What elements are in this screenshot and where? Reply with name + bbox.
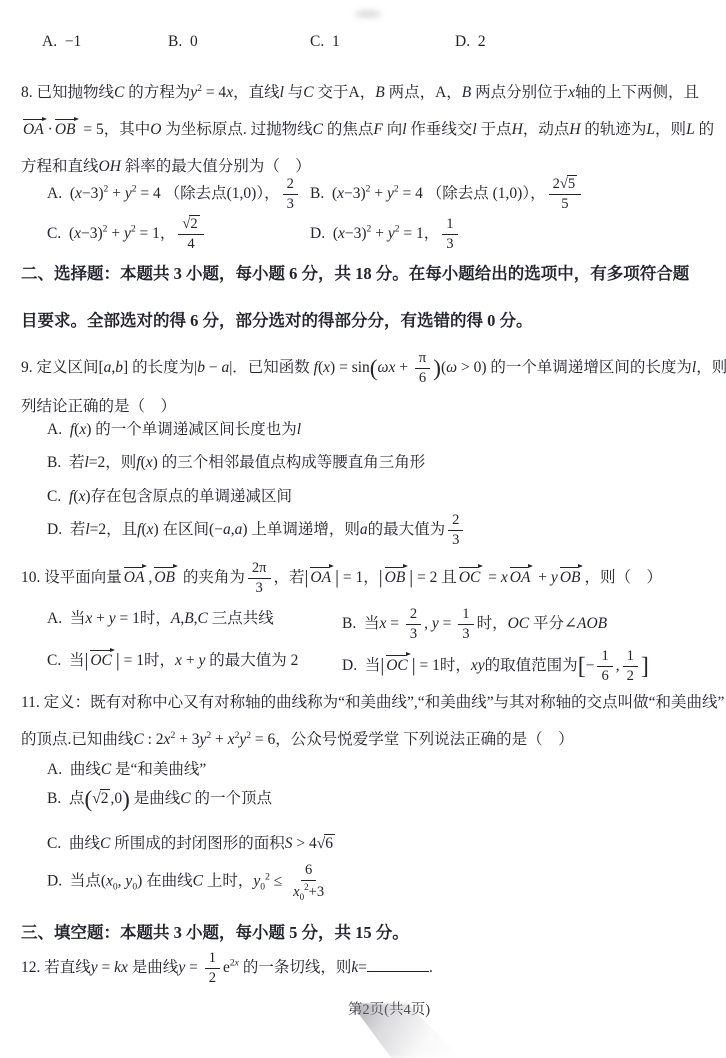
question-8-option-a: A. (x−3)2 + y2 = 4 （除去点(1,0)），23	[47, 176, 310, 212]
question-9: 9. 定义区间[a,b] 的长度为|b − a|．已知函数 f(x) = sin…	[21, 348, 712, 420]
question7-option-d: D. 2	[455, 33, 486, 51]
section-2-header-line2: 目要求。全部选对的得 6 分，部分选对的得部分分，有选错的得 0 分。	[21, 307, 712, 337]
question-11-option-a: A. 曲线C 是“和美曲线”	[47, 757, 712, 779]
question-10-option-d: D. 当|OC| = 1时，xy的取值范围为[−16,12]	[342, 648, 649, 684]
question-8-options-row2: C. (x−3)2 + y2 = 1，24 D. (x−3)2 + y2 = 1…	[47, 216, 712, 252]
question-9-line1: 9. 定义区间[a,b] 的长度为|b − a|．已知函数 f(x) = sin…	[21, 348, 712, 394]
section-2-header-line1: 二、选择题：本题共 3 小题，每小题 6 分，共 18 分。在每小题给出的选项中…	[21, 260, 712, 307]
question-11: 11. 定义：既有对称中心又有对称轴的曲线称为“和美曲线”,“和美曲线”与其对称…	[21, 690, 712, 751]
question-10-options-row2: C. 当|OC| = 1时，x + y 的最大值为 2 D. 当|OC| = 1…	[47, 648, 712, 684]
exam-page: { "prev_options": [ "A.&nbsp; −1", "B.&n…	[0, 0, 726, 1058]
question-8-options-row1: A. (x−3)2 + y2 = 4 （除去点(1,0)），23 B. (x−3…	[47, 176, 712, 212]
question7-option-c: C. 1	[310, 33, 455, 51]
question-11-option-c: C. 曲线C 所围成的封闭图形的面积S > 46	[47, 831, 712, 853]
question7-option-b: B. 0	[168, 33, 310, 51]
section-3-header: 三、填空题：本题共 3 小题，每小题 5 分，共 15 分。	[21, 919, 712, 943]
question-8-option-c: C. (x−3)2 + y2 = 1，24	[47, 216, 310, 252]
question7-option-a: A. −1	[42, 33, 168, 51]
question-10-option-a: A. 当x + y = 1时，A,B,C 三点共线	[47, 606, 342, 628]
section-2-header: 二、选择题：本题共 3 小题，每小题 6 分，共 18 分。在每小题给出的选项中…	[21, 260, 712, 337]
question-9-option-d: D. 若l=2，且f(x) 在区间(−a,a) 上单调递增，则a的最大值为23	[47, 512, 712, 548]
question-8: 8. 已知抛物线C 的方程为y2 = 4x，直线l 与C 交于A，B 两点，A，…	[21, 68, 712, 184]
question-8-line1: 8. 已知抛物线C 的方程为y2 = 4x，直线l 与C 交于A，B 两点，A，…	[21, 68, 712, 109]
question7-options-row: A. −1 B. 0 C. 1 D. 2	[42, 33, 712, 51]
question-8-option-d: D. (x−3)2 + y2 = 1，13	[310, 216, 461, 252]
question-11-option-b: B. 点(2,0) 是曲线C 的一个顶点	[47, 786, 712, 813]
question-12: 12. 若直线y = kx 是曲线y = 12e2x 的一条切线，则k=.	[21, 950, 712, 986]
question-8-option-b: B. (x−3)2 + y2 = 4 （除去点 (1,0)），255	[310, 176, 584, 212]
question-10-option-c: C. 当|OC| = 1时，x + y 的最大值为 2	[47, 648, 342, 673]
question-8-line2: OA·OB = 5，其中O 为坐标原点. 过抛物线C 的焦点F 向l 作垂线交l…	[21, 109, 712, 150]
question-10-option-b: B. 当x = 23, y = 13时，OC 平分∠AOB	[342, 606, 607, 642]
question-11-line2: 的顶点.已知曲线C : 2x2 + 3y2 + x2y2 = 6，公众号悦爱学堂…	[21, 723, 712, 751]
question-9-option-c: C. f(x)存在包含原点的单调递减区间	[47, 484, 712, 506]
question-10-stem: 10. 设平面向量OA,OB 的夹角为2π3，若|OA| = 1，|OB| = …	[21, 560, 712, 596]
question-9-option-b: B. 若l=2，则f(x) 的三个相邻最值点构成等腰直角三角形	[47, 450, 712, 472]
question-10-options-row1: A. 当x + y = 1时，A,B,C 三点共线 B. 当x = 23, y …	[47, 606, 712, 642]
scan-smudge-artifact	[355, 10, 381, 18]
question-11-option-d: D. 当点(x0, y0) 在曲线C 上时，y02 ≤ 6x02+3	[47, 862, 712, 902]
question-9-option-a: A. f(x) 的一个单调递减区间长度也为l	[47, 417, 712, 439]
question-11-line1: 11. 定义：既有对称中心又有对称轴的曲线称为“和美曲线”,“和美曲线”与其对称…	[21, 690, 712, 723]
